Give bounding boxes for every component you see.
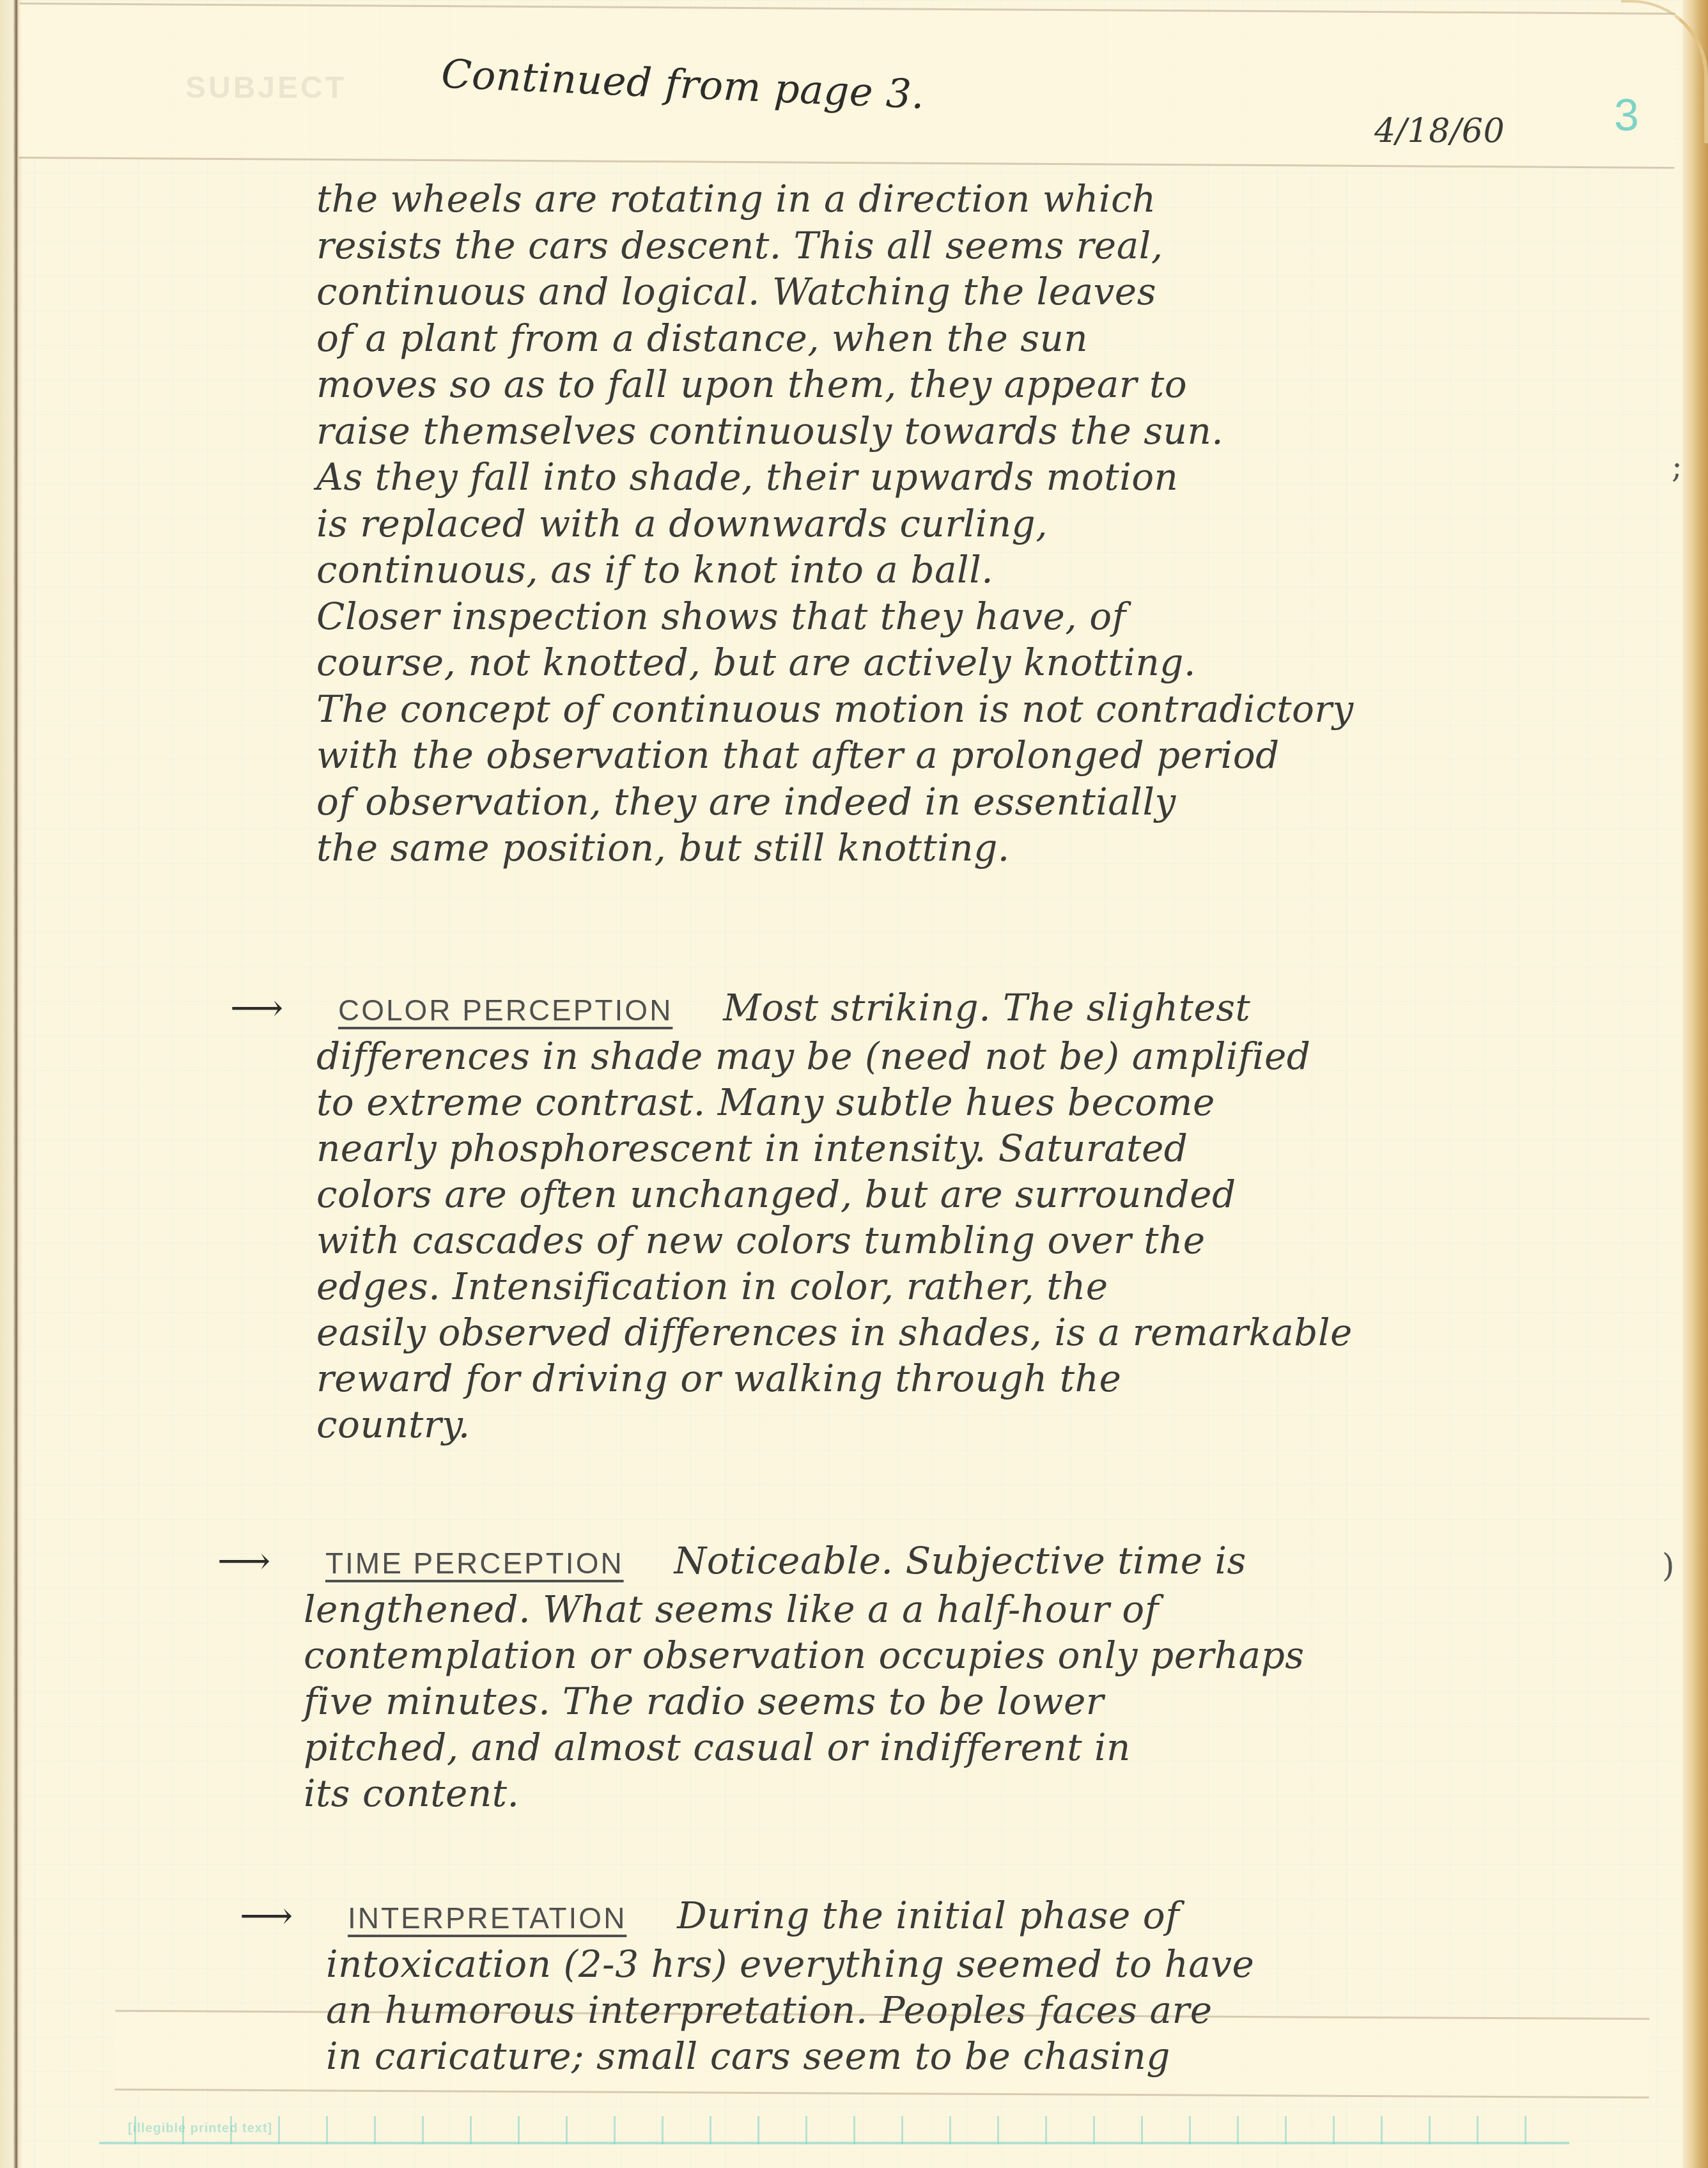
section-color-perception: ⟶ COLOR PERCEPTION Most striking. The sl… [230, 985, 1636, 1447]
section-first-line: Noticeable. Subjective time is [674, 1539, 1246, 1582]
text-line: differences in shade may be (need not be… [316, 1033, 1636, 1079]
text-line: pitched, and almost casual or indifferen… [304, 1724, 1624, 1770]
section-body: intoxication (2-3 hrs) everything seemed… [240, 1941, 1646, 2079]
text-line: to extreme contrast. Many subtle hues be… [316, 1079, 1636, 1125]
section-body: differences in shade may be (need not be… [230, 1033, 1636, 1447]
text-line: contemplation or observation occupies on… [304, 1632, 1624, 1678]
arrow-icon: ⟶ [230, 985, 326, 1031]
text-line: with cascades of new colors tumbling ove… [316, 1217, 1636, 1263]
entry-date: 4/18/60 [1374, 112, 1505, 150]
text-line: an humorous interpretation. Peoples face… [326, 1987, 1646, 2033]
text-line: Closer inspection shows that they have, … [316, 593, 1627, 640]
text-line: intoxication (2-3 hrs) everything seemed… [326, 1941, 1646, 1987]
text-line: raise themselves continuously towards th… [316, 408, 1627, 455]
notebook-binding-left [0, 0, 22, 2168]
text-line: course, not knotted, but are actively kn… [316, 639, 1627, 686]
margin-mark: ; [1672, 448, 1682, 485]
paragraph-continued-observation: the wheels are rotating in a direction w… [316, 176, 1627, 871]
text-line: continuous, as if to knot into a ball. [316, 547, 1627, 593]
text-line: edges. Intensification in color, rather,… [316, 1263, 1636, 1309]
text-line: As they fall into shade, their upwards m… [316, 454, 1627, 501]
text-line: of a plant from a distance, when the sun [316, 315, 1627, 362]
text-line: of observation, they are indeed in essen… [316, 779, 1627, 825]
text-line: reward for driving or walking through th… [316, 1355, 1636, 1401]
page-number: 3 [1614, 90, 1639, 141]
section-body: lengthened. What seems like a a half-hou… [217, 1586, 1624, 1816]
section-title: TIME PERCEPTION [325, 1547, 624, 1580]
section-first-line: During the initial phase of [677, 1894, 1179, 1937]
section-title: COLOR PERCEPTION [338, 994, 672, 1027]
notebook-page: SUBJECT Continued from page 3. 4/18/60 3… [0, 0, 1708, 2168]
section-interpretation: ⟶ INTERPRETATION During the initial phas… [240, 1892, 1646, 2079]
section-time-perception: ⟶ TIME PERCEPTION Noticeable. Subjective… [217, 1538, 1624, 1816]
text-line: moves so as to fall upon them, they appe… [316, 361, 1627, 408]
page-edge-right [1682, 0, 1708, 2168]
text-line: is replaced with a downwards curling, [316, 501, 1627, 547]
text-line: easily observed differences in shades, i… [316, 1309, 1636, 1355]
text-line: the same position, but still knotting. [316, 825, 1627, 871]
printed-footer-label: [illegible printed text] [128, 2121, 272, 2136]
text-line: five minutes. The radio seems to be lowe… [304, 1678, 1624, 1724]
section-first-line: Most striking. The slightest [723, 986, 1250, 1029]
section-title: INTERPRETATION [348, 1901, 626, 1935]
section-heading-row: ⟶ TIME PERCEPTION Noticeable. Subjective… [217, 1538, 1624, 1586]
text-line: its content. [304, 1770, 1624, 1816]
printed-footer-ruler [99, 2116, 1569, 2144]
text-line: The concept of continuous motion is not … [316, 686, 1627, 733]
arrow-icon: ⟶ [240, 1892, 336, 1938]
text-line: in caricature; small cars seem to be cha… [326, 2033, 1646, 2079]
text-line: country. [316, 1401, 1636, 1447]
text-line: the wheels are rotating in a direction w… [316, 176, 1627, 222]
text-line: nearly phosphorescent in intensity. Satu… [316, 1125, 1636, 1171]
margin-mark: ) [1662, 1547, 1675, 1584]
arrow-icon: ⟶ [217, 1538, 313, 1584]
printed-subject-label: SUBJECT [185, 70, 346, 105]
text-line: with the observation that after a prolon… [316, 732, 1627, 779]
text-line: continuous and logical. Watching the lea… [316, 269, 1627, 315]
section-heading-row: ⟶ COLOR PERCEPTION Most striking. The sl… [230, 985, 1636, 1033]
section-heading-row: ⟶ INTERPRETATION During the initial phas… [240, 1892, 1646, 1941]
text-line: resists the cars descent. This all seems… [316, 222, 1627, 269]
text-line: lengthened. What seems like a a half-hou… [304, 1586, 1624, 1632]
text-line: colors are often unchanged, but are surr… [316, 1171, 1636, 1217]
